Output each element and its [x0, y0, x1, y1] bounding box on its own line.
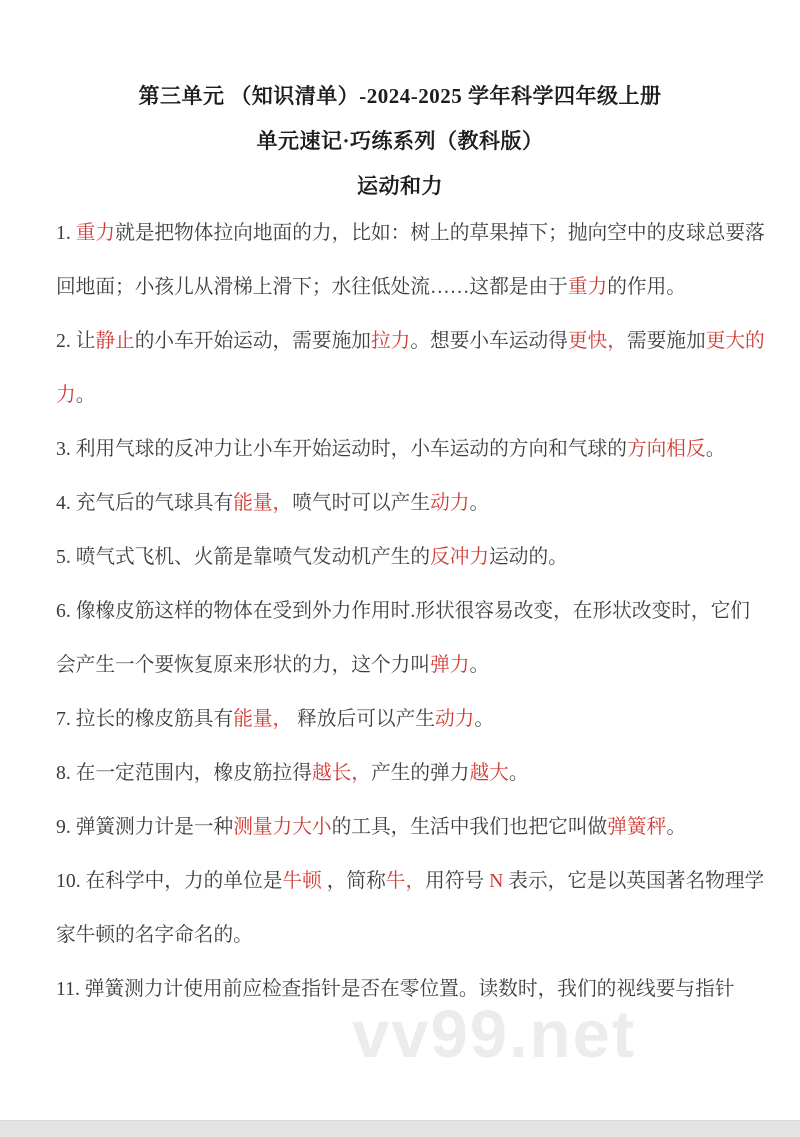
text-run: 产生的弹力 — [371, 762, 469, 784]
list-item-10: 10. 在科学中，力的单位是牛顿 ，简称牛，用符号 N 表示，它是以英国著名物理… — [56, 854, 768, 962]
highlight-term: 能量， — [233, 708, 292, 730]
text-run: 。 — [76, 384, 96, 406]
list-item-3: 3. 利用气球的反冲力让小车开始运动时，小车运动的方向和气球的方向相反。 — [56, 422, 768, 476]
text-run: 用符号 — [425, 870, 489, 892]
text-run: 。 — [474, 708, 494, 730]
list-item-8: 8. 在一定范围内，橡皮筋拉得越长，产生的弹力越大。 — [56, 746, 768, 800]
highlight-term: 静止 — [95, 330, 134, 352]
text-run: 。 — [706, 438, 726, 460]
footer-strip — [0, 1120, 800, 1137]
highlight-term: 反冲力 — [430, 546, 489, 568]
text-run: 的小车开始运动，需要施加 — [135, 330, 371, 352]
knowledge-list: 1. 重力就是把物体拉向地面的力，比如：树上的草果掉下；抛向空中的皮球总要落回地… — [0, 206, 768, 1016]
highlight-term: 测量力大小 — [233, 816, 331, 838]
text-run: 5. 喷气式飞机、火箭是靠喷气发动机产生的 — [56, 546, 430, 568]
text-run: ，简称 — [322, 870, 386, 892]
text-run: 。想要小车运动得 — [410, 330, 568, 352]
list-item-4: 4. 充气后的气球具有能量，喷气时可以产生动力。 — [56, 476, 768, 530]
text-run: 6. 像橡皮筋这样的物体在受到外力作用时.形状很容易改变，在形状改变时，它们会产… — [56, 600, 750, 676]
list-item-6: 6. 像橡皮筋这样的物体在受到外力作用时.形状很容易改变，在形状改变时，它们会产… — [56, 584, 768, 692]
highlight-term: 弹簧秤 — [607, 816, 666, 838]
highlight-term: 更快， — [568, 330, 627, 352]
text-run: 9. 弹簧测力计是一种 — [56, 816, 233, 838]
list-item-7: 7. 拉长的橡皮筋具有能量， 释放后可以产生动力。 — [56, 692, 768, 746]
text-run: 11. 弹簧测力计使用前应检查指针是否在零位置。读数时，我们的视线要与指针 — [56, 978, 735, 1000]
text-run: 3. 利用气球的反冲力让小车开始运动时，小车运动的方向和气球的 — [56, 438, 627, 460]
text-run: 释放后可以产生 — [292, 708, 435, 730]
highlight-term: 动力 — [430, 492, 469, 514]
list-item-1: 1. 重力就是把物体拉向地面的力，比如：树上的草果掉下；抛向空中的皮球总要落回地… — [56, 206, 768, 314]
highlight-term: 动力 — [435, 708, 474, 730]
document-subtitle: 单元速记·巧练系列（教科版） — [0, 119, 800, 164]
highlight-term: 越大 — [469, 762, 508, 784]
text-run: 。 — [469, 492, 489, 514]
text-run: 喷气时可以产生 — [292, 492, 430, 514]
highlight-term: 重力 — [76, 222, 115, 244]
document-header: 第三单元 （知识清单）-2024-2025 学年科学四年级上册 单元速记·巧练系… — [0, 0, 800, 209]
text-run: 。 — [469, 654, 489, 676]
text-run: 。 — [509, 762, 529, 784]
list-item-11: 11. 弹簧测力计使用前应检查指针是否在零位置。读数时，我们的视线要与指针 — [56, 962, 768, 1016]
text-run: 1. — [56, 222, 76, 244]
list-item-5: 5. 喷气式飞机、火箭是靠喷气发动机产生的反冲力运动的。 — [56, 530, 768, 584]
text-run: 需要施加 — [627, 330, 706, 352]
text-run: 4. 充气后的气球具有 — [56, 492, 233, 514]
highlight-term: 越长， — [312, 762, 371, 784]
text-run: 8. 在一定范围内，橡皮筋拉得 — [56, 762, 312, 784]
document-title: 第三单元 （知识清单）-2024-2025 学年科学四年级上册 — [0, 74, 800, 119]
text-run: 。 — [666, 816, 686, 838]
highlight-term: 能量， — [233, 492, 292, 514]
highlight-term: N — [489, 870, 503, 892]
text-run: 7. 拉长的橡皮筋具有 — [56, 708, 233, 730]
text-run: 的作用。 — [607, 276, 686, 298]
highlight-term: 重力 — [568, 276, 607, 298]
highlight-term: 牛顿 — [282, 870, 321, 892]
document-page: 第三单元 （知识清单）-2024-2025 学年科学四年级上册 单元速记·巧练系… — [0, 0, 800, 1137]
text-run: 的工具，生活中我们也把它叫做 — [332, 816, 608, 838]
highlight-term: 拉力 — [371, 330, 410, 352]
list-item-2: 2. 让静止的小车开始运动，需要施加拉力。想要小车运动得更快，需要施加更大的力。 — [56, 314, 768, 422]
highlight-term: 牛， — [386, 870, 425, 892]
text-run: 10. 在科学中，力的单位是 — [56, 870, 282, 892]
text-run: 运动的。 — [489, 546, 568, 568]
list-item-9: 9. 弹簧测力计是一种测量力大小的工具，生活中我们也把它叫做弹簧秤。 — [56, 800, 768, 854]
section-title: 运动和力 — [0, 164, 800, 209]
text-run: 2. 让 — [56, 330, 95, 352]
highlight-term: 方向相反 — [627, 438, 706, 460]
highlight-term: 弹力 — [430, 654, 469, 676]
